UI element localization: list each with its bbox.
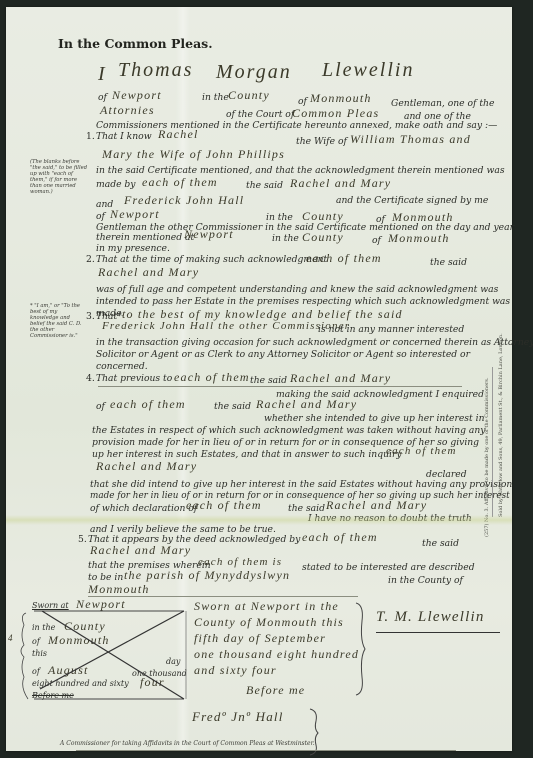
p4-rachel-and-mary: Rachel and Mary [256,397,357,412]
p1-county: County [302,230,344,245]
p4-text: the said [250,375,287,386]
deponent-middle-name: Morgan [216,61,292,84]
paragraph-2-number: 2. [86,254,95,265]
gentleman-text: Gentleman, one of the [391,98,494,109]
p2-text: That at the time of making such acknowle… [96,254,327,265]
fill-line [98,386,462,387]
p5-text: in the County of [388,575,463,586]
p5-parish: the parish of Mynyddyslwyn [124,568,290,583]
p3-text: concerned. [96,361,148,372]
paragraph-4-number: 4. [86,373,95,384]
p3-text: in the transaction giving occasion for s… [96,337,533,348]
margin-note-i-am: * "I am," or "To the best of my knowledg… [30,303,86,339]
p2-text: intended to pass her Estate in the premi… [96,296,510,307]
deponent-signature: T. M. Llewellin [376,609,485,626]
p4-rachel-and-mary: Rachel and Mary [290,371,391,386]
p4-text: the said [214,401,251,412]
jurat-line: Sworn at Newport in the [194,599,339,614]
court-label: of the Court of [226,109,294,120]
deponent-pronoun: I [98,63,107,86]
p4-rachel-and-mary: Rachel and Mary [326,498,427,513]
commissioner-signature: Fredº Jnº Hall [192,709,284,725]
p4-text: the Estates in respect of which such ack… [92,425,486,436]
deponent-surname: Llewellin [322,59,414,82]
p1-newport: Newport [110,207,160,222]
p1-sworn-newport: Newport [184,227,234,242]
in-the-label: in the [202,92,229,103]
signature-line [376,632,500,633]
p4-text: I have no reason to doubt the truth [308,513,472,524]
vertical-form-number: (257) No. 3. Affidavit to be made by one… [484,377,490,537]
jurat-line: County of Monmouth this [194,615,344,630]
p2-rachel-and-mary: Rachel and Mary [98,265,199,280]
p2-text: the said [430,257,467,268]
p1-text: therein mentioned at [96,232,194,243]
p1-mary-line: Mary the Wife of John Phillips [102,147,285,162]
p4-each-of-them: each of them [174,370,250,385]
jurat-before-me: Before me [246,683,305,698]
p4-each-of-them: each of them [186,498,262,513]
p5-county-monmouth: Monmouth [88,582,150,597]
p1-frederick-john-hall: Frederick John Hall [124,193,244,208]
p5-text: stated to be interested are described [302,562,475,573]
p1-text: of [96,211,105,222]
footer-commissioner-text: A Commissioner for taking Affidavits in … [60,740,315,747]
p4-text: whether she intended to give up her inte… [264,413,484,424]
p1-text: the said [246,180,283,191]
p4-text: That previous to [96,373,172,384]
margin-mark: 4 [8,633,14,643]
affidavit-document: In the Common Pleas. I Thomas Morgan Lle… [6,7,512,751]
p4-rachel-and-mary: Rachel and Mary [96,459,197,474]
deponent-title: Attornies [100,103,155,118]
p4-text: made for her in lieu of or in return for… [90,491,510,501]
court-heading: In the Common Pleas. [58,36,213,51]
p1-text: the Wife of [296,136,347,147]
p5-each-of-them: each of them [302,530,378,545]
p1-text: and the Certificate signed by me [336,195,488,206]
p3-text: Solicitor or Agent or as Clerk to any At… [96,349,470,360]
deponent-place: Newport [112,88,162,103]
court-name: Common Pleas [292,106,379,121]
paragraph-3-number: 3. [86,311,95,322]
jurat-brace [354,601,368,697]
deponent-county: Monmouth [310,91,372,106]
jurat-line: one thousand eight hundred [194,647,359,662]
p1-text: That I know [96,131,152,142]
p1-name-rachel: Rachel [158,127,199,142]
paragraph-5-number: 5. [78,534,87,545]
p1-text: in my presence. [96,243,170,254]
margin-note-blanks: (The blanks before "the said," to be fil… [30,159,88,195]
cross-out-lines [16,601,188,705]
deponent-first-name: Thomas [118,59,193,82]
p1-monmouth: Monmouth [388,231,450,246]
p1-each-of-them: each of them [142,175,218,190]
fill-line [88,596,358,597]
p1-text: in the [272,233,299,244]
paragraph-1-number: 1. [86,131,95,142]
p4-each-of-them: each of them [386,445,457,457]
p1-rachel-and-mary: Rachel and Mary [290,176,391,191]
printed-jurat-crossed: Sworn at Newport in the County of Monmou… [16,601,186,703]
p3-text: is not in any manner interested [318,324,464,335]
p2-each-of-them: each of them [306,251,382,266]
margin-rule [492,367,493,517]
p4-text: of [96,401,105,412]
jurat-line: fifth day of September [194,631,326,646]
p4-text: of which declaration of [90,503,197,514]
of-label: of [98,92,107,103]
p2-text: was of full age and competent understand… [96,284,498,295]
p3-frederick-commissioner: Frederick John Hall the other Commission… [102,320,350,332]
p5-each-of-them-is: each of them is [198,556,282,568]
p5-text: the said [422,538,459,549]
jurat-line: and sixty four [194,663,277,678]
p5-rachel-and-mary: Rachel and Mary [90,543,191,558]
deponent-county-word: County [228,88,270,103]
vertical-printer-credit: Sold by Waterlow and Sons, 49, Parliamen… [498,333,504,517]
p4-each-of-them: each of them [110,397,186,412]
footer-rule [76,750,456,751]
p4-text: that she did intend to give up her inter… [90,479,512,490]
p1-text: of [372,235,381,246]
p1-text: made by [96,179,136,190]
commissioners-text: Commissioners mentioned in the Certifica… [96,120,497,131]
p1-husband-name: William Thomas and [350,132,471,147]
